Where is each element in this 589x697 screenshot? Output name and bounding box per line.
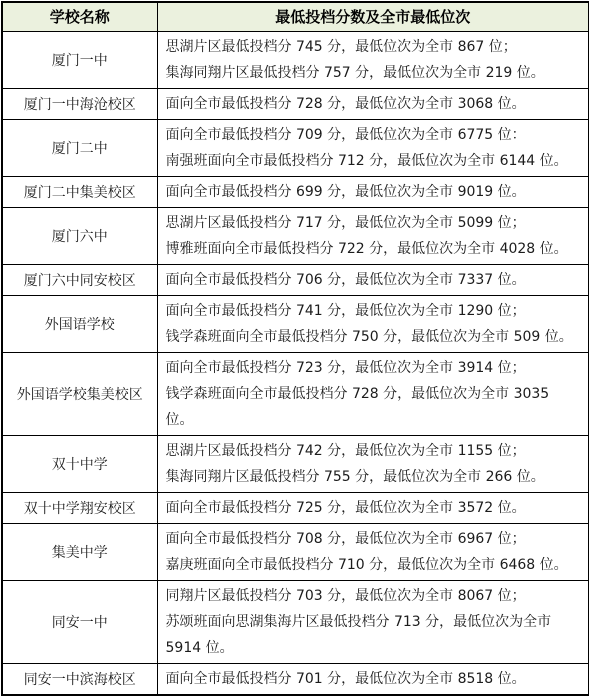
- school-name: 厦门二中: [2, 119, 157, 176]
- school-name: 集美中学: [2, 523, 157, 580]
- score-line: 面向全市最低投档分 706 分，最低位次为全市 7337 位。: [166, 267, 581, 293]
- school-name: 厦门一中海沧校区: [2, 88, 157, 119]
- score-line: 钱学森班面向全市最低投档分 728 分，最低位次为全市 3035 位。: [166, 381, 581, 433]
- score-detail: 面向全市最低投档分 699 分，最低位次为全市 9019 位。: [157, 176, 589, 207]
- table-row: 厦门二中面向全市最低投档分 709 分，最低位次为全市 6775 位：南强班面向…: [2, 119, 589, 176]
- school-name: 厦门六中同安校区: [2, 264, 157, 295]
- score-line: 同翔片区最低投档分 703 分，最低位次为全市 8067 位；: [166, 583, 581, 609]
- school-name: 外国语学校: [2, 295, 157, 352]
- table-row: 厦门一中思湖片区最低投档分 745 分，最低位次为全市 867 位；集海同翔片区…: [2, 31, 589, 88]
- score-detail: 思湖片区最低投档分 742 分，最低位次为全市 1155 位；集海同翔片区最低投…: [157, 435, 589, 492]
- score-line: 面向全市最低投档分 728 分，最低位次为全市 3068 位。: [166, 91, 581, 117]
- table-row: 双十中学思湖片区最低投档分 742 分，最低位次为全市 1155 位；集海同翔片…: [2, 435, 589, 492]
- score-detail: 同翔片区最低投档分 703 分，最低位次为全市 8067 位；苏颂班面向思湖集海…: [157, 580, 589, 663]
- table-row: 双十中学翔安校区面向全市最低投档分 725 分，最低位次为全市 3572 位。: [2, 492, 589, 523]
- score-line: 面向全市最低投档分 708 分，最低位次为全市 6967 位；: [166, 526, 581, 552]
- score-line: 思湖片区最低投档分 717 分，最低位次为全市 5099 位；: [166, 210, 581, 236]
- school-name: 厦门六中: [2, 207, 157, 264]
- header-row: 学校名称 最低投档分数及全市最低位次: [2, 2, 589, 31]
- score-line: 面向全市最低投档分 725 分，最低位次为全市 3572 位。: [166, 495, 581, 521]
- score-detail: 面向全市最低投档分 741 分，最低位次为全市 1290 位；钱学森班面向全市最…: [157, 295, 589, 352]
- school-name: 同安一中: [2, 580, 157, 663]
- score-line: 思湖片区最低投档分 742 分，最低位次为全市 1155 位；: [166, 438, 581, 464]
- column-header-school-name: 学校名称: [2, 2, 157, 31]
- admission-score-table: 学校名称 最低投档分数及全市最低位次 厦门一中思湖片区最低投档分 745 分，最…: [1, 1, 589, 696]
- score-detail: 面向全市最低投档分 709 分，最低位次为全市 6775 位：南强班面向全市最低…: [157, 119, 589, 176]
- column-header-min-score: 最低投档分数及全市最低位次: [157, 2, 589, 31]
- table-row: 厦门六中思湖片区最低投档分 717 分，最低位次为全市 5099 位；博雅班面向…: [2, 207, 589, 264]
- school-name: 同安一中滨海校区: [2, 663, 157, 695]
- score-detail: 思湖片区最低投档分 745 分，最低位次为全市 867 位；集海同翔片区最低投档…: [157, 31, 589, 88]
- table-row: 同安一中滨海校区面向全市最低投档分 701 分，最低位次为全市 8518 位。: [2, 663, 589, 695]
- score-line: 面向全市最低投档分 723 分，最低位次为全市 3914 位；: [166, 355, 581, 381]
- score-line: 思湖片区最低投档分 745 分，最低位次为全市 867 位；: [166, 34, 581, 60]
- score-line: 集海同翔片区最低投档分 757 分，最低位次为全市 219 位。: [166, 60, 581, 86]
- score-line: 面向全市最低投档分 741 分，最低位次为全市 1290 位；: [166, 298, 581, 324]
- score-detail: 面向全市最低投档分 706 分，最低位次为全市 7337 位。: [157, 264, 589, 295]
- table-header: 学校名称 最低投档分数及全市最低位次: [2, 2, 589, 31]
- school-name: 厦门二中集美校区: [2, 176, 157, 207]
- score-detail: 面向全市最低投档分 728 分，最低位次为全市 3068 位。: [157, 88, 589, 119]
- table-row: 同安一中同翔片区最低投档分 703 分，最低位次为全市 8067 位；苏颂班面向…: [2, 580, 589, 663]
- score-detail: 思湖片区最低投档分 717 分，最低位次为全市 5099 位；博雅班面向全市最低…: [157, 207, 589, 264]
- score-line: 集海同翔片区最低投档分 755 分，最低位次为全市 266 位。: [166, 464, 581, 490]
- score-line: 面向全市最低投档分 699 分，最低位次为全市 9019 位。: [166, 179, 581, 205]
- table-row: 集美中学面向全市最低投档分 708 分，最低位次为全市 6967 位；嘉庚班面向…: [2, 523, 589, 580]
- page: 学校名称 最低投档分数及全市最低位次 厦门一中思湖片区最低投档分 745 分，最…: [0, 0, 589, 697]
- table-row: 外国语学校面向全市最低投档分 741 分，最低位次为全市 1290 位；钱学森班…: [2, 295, 589, 352]
- table-row: 厦门二中集美校区面向全市最低投档分 699 分，最低位次为全市 9019 位。: [2, 176, 589, 207]
- score-line: 钱学森班面向全市最低投档分 750 分，最低位次为全市 509 位。: [166, 324, 581, 350]
- score-detail: 面向全市最低投档分 725 分，最低位次为全市 3572 位。: [157, 492, 589, 523]
- table-row: 外国语学校集美校区面向全市最低投档分 723 分，最低位次为全市 3914 位；…: [2, 352, 589, 435]
- school-name: 双十中学: [2, 435, 157, 492]
- table-row: 厦门六中同安校区面向全市最低投档分 706 分，最低位次为全市 7337 位。: [2, 264, 589, 295]
- score-line: 南强班面向全市最低投档分 712 分，最低位次为全市 6144 位。: [166, 148, 581, 174]
- school-name: 外国语学校集美校区: [2, 352, 157, 435]
- score-line: 面向全市最低投档分 701 分，最低位次为全市 8518 位。: [166, 666, 581, 692]
- score-line: 面向全市最低投档分 709 分，最低位次为全市 6775 位：: [166, 122, 581, 148]
- table-body: 厦门一中思湖片区最低投档分 745 分，最低位次为全市 867 位；集海同翔片区…: [2, 31, 589, 695]
- score-detail: 面向全市最低投档分 723 分，最低位次为全市 3914 位；钱学森班面向全市最…: [157, 352, 589, 435]
- school-name: 双十中学翔安校区: [2, 492, 157, 523]
- table-row: 厦门一中海沧校区面向全市最低投档分 728 分，最低位次为全市 3068 位。: [2, 88, 589, 119]
- score-line: 博雅班面向全市最低投档分 722 分，最低位次为全市 4028 位。: [166, 236, 581, 262]
- score-detail: 面向全市最低投档分 708 分，最低位次为全市 6967 位；嘉庚班面向全市最低…: [157, 523, 589, 580]
- score-detail: 面向全市最低投档分 701 分，最低位次为全市 8518 位。: [157, 663, 589, 695]
- score-line: 苏颂班面向思湖集海片区最低投档分 713 分，最低位次为全市 5914 位。: [166, 609, 581, 661]
- score-line: 嘉庚班面向全市最低投档分 710 分，最低位次为全市 6468 位。: [166, 552, 581, 578]
- school-name: 厦门一中: [2, 31, 157, 88]
